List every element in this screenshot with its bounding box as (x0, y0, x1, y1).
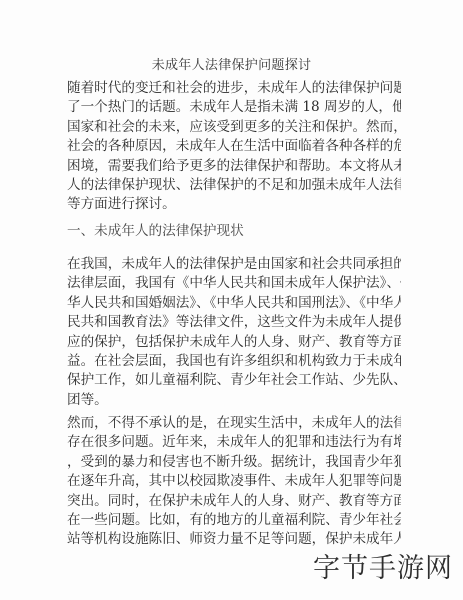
paragraph-line: 困境，需要我们给予更多的法律保护和帮助。本文将从未成年 (67, 157, 401, 176)
section-heading-text: 一、未成年人的法律保护现状 (67, 222, 401, 241)
paragraph-line: 在一些问题。比如，有的地方的儿童福利院、青少年社会工作 (67, 511, 401, 530)
paragraph-line: 等方面进行探讨。 (67, 195, 401, 214)
document-title: 未成年人法律保护问题探讨 (0, 54, 463, 73)
intro-paragraph: 随着时代的变迁和社会的进步，未成年人的法律保护问题成为 了一个热门的话题。未成年… (67, 79, 401, 215)
paragraph-line: 保护工作，如儿童福利院、青少年社会工作站、少先队、共青 (67, 371, 401, 390)
paragraph-line: 团等。 (67, 391, 401, 410)
paragraph-line: 存在很多问题。近年来，未成年人的犯罪和违法行为有增无减 (67, 433, 401, 452)
paragraph-line: 然而，不得不承认的是，在现实生活中，未成年人的法律保护 (67, 414, 401, 433)
paragraph-line: 法律层面，我国有《中华人民共和国未成年人保护法》、《中 (67, 274, 401, 293)
paragraph-line: ，受到的暴力和侵害也不断升级。据统计，我国青少年犯罪率 (67, 453, 401, 472)
paragraph-line: 民共和国教育法》等法律文件，这些文件为未成年人提供了相 (67, 313, 401, 332)
paragraph-line: 社会的各种原因，未成年人在生活中面临着各种各样的危险和 (67, 137, 401, 156)
status-paragraph: 在我国，未成年人的法律保护是由国家和社会共同承担的。在 法律层面，我国有《中华人… (67, 255, 401, 410)
paragraph-line: 益。在社会层面，我国也有许多组织和机构致力于未成年人的 (67, 352, 401, 371)
paragraph-line: 华人民共和国婚姻法》、《中华人民共和国刑法》、《中华人 (67, 294, 401, 313)
paragraph-line: 在逐年升高，其中以校园欺凌事件、未成年人犯罪等问题最为 (67, 472, 401, 491)
paragraph-line: 了一个热门的话题。未成年人是指未满 18 周岁的人，他们是 (67, 98, 401, 117)
paragraph-line: 随着时代的变迁和社会的进步，未成年人的法律保护问题成为 (67, 79, 401, 98)
problems-paragraph: 然而，不得不承认的是，在现实生活中，未成年人的法律保护 存在很多问题。近年来，未… (67, 414, 401, 550)
paragraph-line: 突出。同时，在保护未成年人的人身、财产、教育等方面也存 (67, 492, 401, 511)
section-heading: 一、未成年人的法律保护现状 (67, 222, 401, 241)
paragraph-line: 应的保护，包括保护未成年人的人身、财产、教育等方面的权 (67, 333, 401, 352)
paragraph-line: 在我国，未成年人的法律保护是由国家和社会共同承担的。在 (67, 255, 401, 274)
paragraph-line: 人的法律保护现状、法律保护的不足和加强未成年人法律保护 (67, 176, 401, 195)
document-page: 未成年人法律保护问题探讨 随着时代的变迁和社会的进步，未成年人的法律保护问题成为… (0, 0, 463, 600)
site-watermark: 字节手游网 (313, 546, 453, 585)
paragraph-line: 国家和社会的未来，应该受到更多的关注和保护。然而，由于 (67, 118, 401, 137)
